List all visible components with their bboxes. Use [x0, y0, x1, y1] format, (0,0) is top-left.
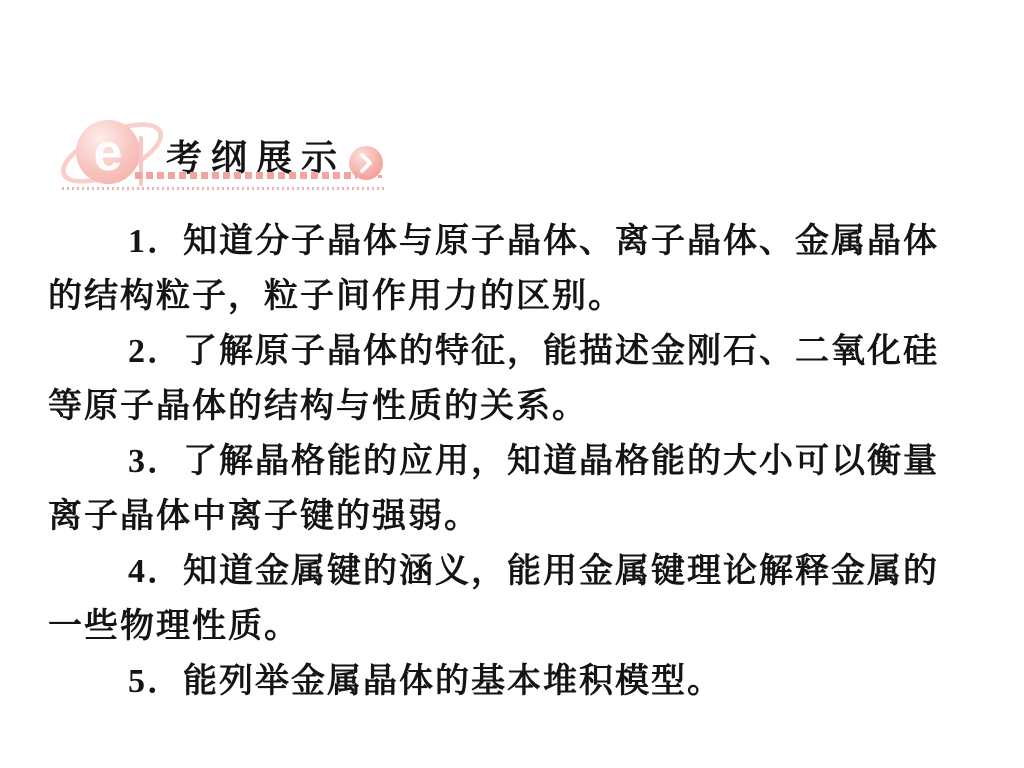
outline-text-line: 5．能列举金属晶体的基本堆积模型。: [48, 654, 980, 709]
outline-text-line: 1．知道分子晶体与原子晶体、离子晶体、金属晶体: [48, 214, 980, 269]
outline-text-line: 一些物理性质。: [48, 599, 980, 654]
e-globe-icon: e: [76, 120, 140, 184]
dotted-underline: [62, 187, 386, 190]
outline-text-line: 的结构粒子，粒子间作用力的区别。: [48, 269, 980, 324]
outline-text-line: 3．了解晶格能的应用，知道晶格能的大小可以衡量: [48, 434, 980, 489]
logo-e-glyph: e: [76, 123, 140, 183]
dashed-underline-tail: [360, 175, 382, 178]
dashed-underline: [135, 172, 357, 179]
outline-text-line: 离子晶体中离子键的强弱。: [48, 489, 980, 544]
slide: e 考纲展示 1．知道分子晶体与原子晶体、离子晶体、金属晶体 的结构粒子，粒子间…: [0, 0, 1024, 768]
outline-text-line: 4．知道金属键的涵义，能用金属键理论解释金属的: [48, 544, 980, 599]
outline-text-line: 2．了解原子晶体的特征，能描述金刚石、二氧化硅: [48, 324, 980, 379]
outline-list: 1．知道分子晶体与原子晶体、离子晶体、金属晶体 的结构粒子，粒子间作用力的区别。…: [48, 214, 980, 709]
outline-text-line: 等原子晶体的结构与性质的关系。: [48, 379, 980, 434]
